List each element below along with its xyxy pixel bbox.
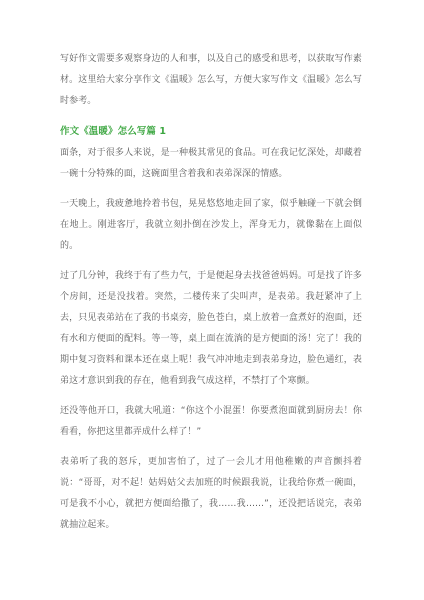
story-paragraph-3: 过了几分钟，我终于有了些力气，于是便起身去找爸爸妈妈。可是找了许多个房间，还是没…	[60, 266, 362, 392]
intro-paragraph: 写好作文需要多观察身边的人和事，以及自己的感受和思考，以获取写作素材。这里给大家…	[60, 49, 362, 112]
section-heading: 作文《温暖》怎么写篇 1	[60, 121, 362, 142]
story-paragraph-5: 表弟听了我的怒斥，更加害怕了，过了一会儿才用他稚嫩的声音颤抖着说：“哥哥，对不起…	[60, 452, 362, 536]
story-paragraph-1: 面条，对于很多人来说，是一种极其常见的食品。可在我记忆深处，却藏着一碗十分特殊的…	[60, 143, 362, 185]
article-content: 写好作文需要多观察身边的人和事，以及自己的感受和思考，以获取写作素材。这里给大家…	[0, 0, 424, 536]
story-paragraph-2: 一天晚上，我疲惫地拎着书包，晃晃悠悠地走回了家，似乎触碰一下就会倒在地上。刚进客…	[60, 194, 362, 257]
story-paragraph-4: 还没等他开口，我就大吼道：“你这个小混蛋！你要煮泡面就到厨房去！你看看，你把这里…	[60, 401, 362, 443]
document-page: 写好作文需要多观察身边的人和事，以及自己的感受和思考，以获取写作素材。这里给大家…	[0, 0, 424, 600]
